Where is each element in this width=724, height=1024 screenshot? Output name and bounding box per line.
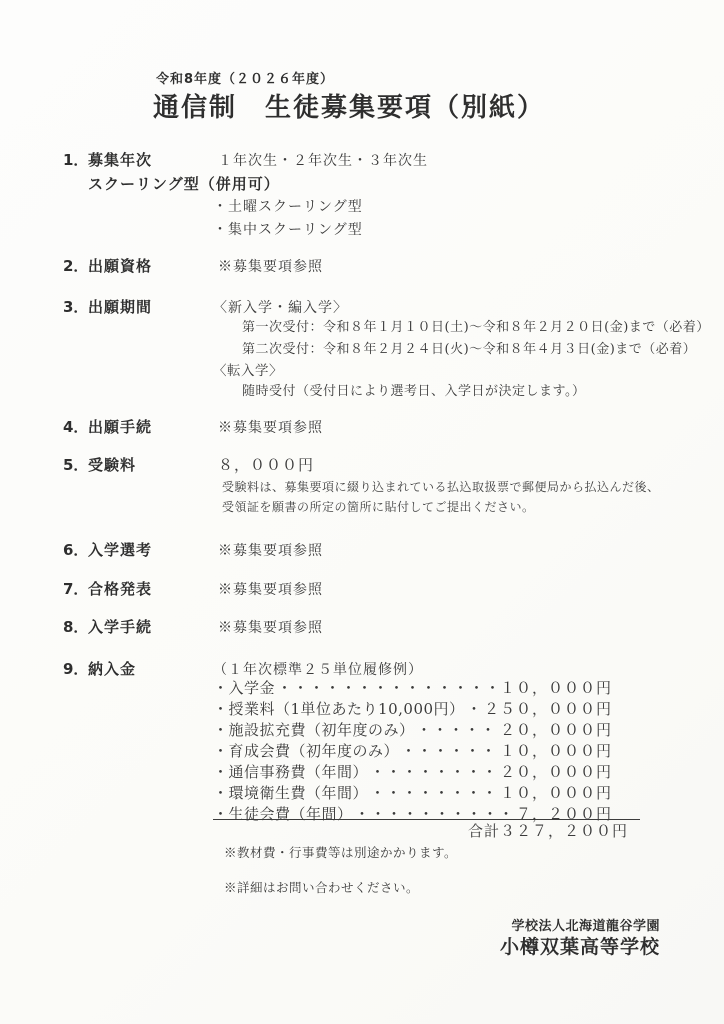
fee-item-amount: １０，０００円 bbox=[500, 784, 612, 803]
section-1-value: １年次生・２年次生・３年次生 bbox=[218, 153, 428, 169]
section-7-row: 7．合格発表※募集要項参照 bbox=[63, 580, 323, 600]
scanned-document-page: 令和8年度（２０２６年度） 通信制 生徒募集要項（別紙） 1．募集年次１年次生・… bbox=[0, 0, 724, 1024]
section-9-row: 9．納入金（１年次標準２５単位履修例） bbox=[63, 660, 423, 680]
fee-item-row: ・授業料（1単位あたり10,000円）・・・・・２５０，０００円 bbox=[213, 700, 612, 721]
section-2-number: 2． bbox=[63, 257, 88, 276]
transfer-period-line: 随時受付（受付日により選考日、入学日が決定します。） bbox=[242, 384, 585, 400]
section-2-row: 2．出願資格※募集要項参照 bbox=[63, 257, 323, 277]
section-9-number: 9． bbox=[63, 660, 88, 679]
fee-item-amount: ２０，０００円 bbox=[500, 721, 612, 740]
school-corporation-name: 学校法人北海道龍谷学園 bbox=[500, 919, 660, 935]
contact-note: ※詳細はお問い合わせください。 bbox=[224, 880, 419, 896]
section-5-number: 5． bbox=[63, 456, 88, 475]
schooling-type-bullet-1: ・土曜スクーリング型 bbox=[213, 199, 363, 217]
fee-item-label: ・通信事務費（年間） bbox=[213, 763, 368, 782]
section-9-label: 納入金 bbox=[88, 660, 213, 679]
section-8-label: 入学手続 bbox=[88, 618, 218, 637]
section-3-label: 出願期間 bbox=[88, 298, 213, 317]
application-group-2: 〈転入学〉 bbox=[213, 363, 283, 380]
section-3-number: 3． bbox=[63, 298, 88, 317]
fee-item-row: ・育成会費（初年度のみ）・・・・・・・・・・１０，０００円 bbox=[213, 742, 612, 763]
fee-item-label: ・生徒会費（年間） bbox=[213, 805, 353, 824]
section-6-value: ※募集要項参照 bbox=[218, 543, 323, 559]
fee-item-row: ・環境衛生費（年間）・・・・・・・・・・・・１０，０００円 bbox=[213, 784, 612, 805]
dot-leader: ・・・・・・・・・ bbox=[415, 721, 500, 740]
schooling-type-subheading: スクーリング型（併用可） bbox=[88, 175, 280, 194]
fee-item-amount: ２５０，０００円 bbox=[484, 700, 612, 719]
fee-item-label: ・施設拡充費（初年度のみ） bbox=[213, 721, 415, 740]
exam-fee-value: ８，０００円 bbox=[218, 456, 314, 474]
exam-fee-note-line-1: 受験料は、募集要項に綴り込まれている払込取扱票で郵便局から払込んだ後、 bbox=[222, 480, 660, 495]
section-5-label: 受験料 bbox=[88, 456, 218, 475]
section-7-value: ※募集要項参照 bbox=[218, 582, 323, 598]
fee-example-heading: （１年次標準２５単位履修例） bbox=[213, 662, 423, 678]
section-4-row: 4．出願手続※募集要項参照 bbox=[63, 418, 323, 438]
fee-item-amount: １０，０００円 bbox=[500, 679, 612, 698]
page-title: 通信制 生徒募集要項（別紙） bbox=[153, 92, 545, 125]
era-line: 令和8年度（２０２６年度） bbox=[156, 72, 334, 88]
schooling-type-bullet-2: ・集中スクーリング型 bbox=[213, 222, 363, 240]
second-period-line: 第二次受付：令和８年２月２４日(火)～令和８年４月３日(金)まで（必着） bbox=[242, 342, 696, 358]
section-8-number: 8． bbox=[63, 618, 88, 637]
section-6-label: 入学選考 bbox=[88, 541, 218, 560]
section-3-row: 3．出願期間〈新入学・編入学〉 bbox=[63, 298, 348, 318]
section-7-label: 合格発表 bbox=[88, 580, 218, 599]
section-7-number: 7． bbox=[63, 580, 88, 599]
dot-leader: ・・・・・・・・・・ bbox=[399, 742, 500, 761]
dot-leader: ・・・・・ bbox=[465, 700, 484, 719]
fee-item-label: ・環境衛生費（年間） bbox=[213, 784, 368, 803]
section-1-number: 1． bbox=[63, 151, 88, 170]
fee-item-label: ・入学金 bbox=[213, 679, 275, 698]
school-signature: 学校法人北海道龍谷学園 小樽双葉高等学校 bbox=[500, 919, 660, 960]
fee-item-amount: ７，２００円 bbox=[516, 805, 612, 824]
section-4-value: ※募集要項参照 bbox=[218, 420, 323, 436]
materials-fee-note: ※教材費・行事費等は別途かかります。 bbox=[224, 845, 457, 861]
dot-leader: ・・・・・・・・・・・・ bbox=[368, 784, 500, 803]
section-6-number: 6． bbox=[63, 541, 88, 560]
school-name: 小樽双葉高等学校 bbox=[500, 936, 660, 960]
section-1-row: 1．募集年次１年次生・２年次生・３年次生 bbox=[63, 151, 428, 171]
application-group-1: 〈新入学・編入学〉 bbox=[213, 300, 348, 316]
fee-item-label: ・授業料（1単位あたり10,000円） bbox=[213, 700, 465, 719]
section-4-label: 出願手続 bbox=[88, 418, 218, 437]
fee-item-amount: ２０，０００円 bbox=[500, 763, 612, 782]
dot-leader: ・・・・・・・・・・・・ bbox=[368, 763, 500, 782]
section-6-row: 6．入学選考※募集要項参照 bbox=[63, 541, 323, 561]
fee-item-amount: １０，０００円 bbox=[500, 742, 612, 761]
fee-item-row: ・入学金・・・・・・・・・・・・・・・・・１０，０００円 bbox=[213, 679, 612, 700]
section-1-label: 募集年次 bbox=[88, 151, 218, 170]
fee-total: 合計３２７，２００円 bbox=[213, 822, 628, 841]
section-2-label: 出願資格 bbox=[88, 257, 218, 276]
section-8-row: 8．入学手続※募集要項参照 bbox=[63, 618, 323, 638]
section-4-number: 4． bbox=[63, 418, 88, 437]
dot-leader: ・・・・・・・・・・・・・ bbox=[353, 805, 516, 824]
section-8-value: ※募集要項参照 bbox=[218, 620, 323, 636]
dot-leader: ・・・・・・・・・・・・・・・・・ bbox=[275, 679, 500, 698]
fee-item-row: ・通信事務費（年間）・・・・・・・・・・・・２０，０００円 bbox=[213, 763, 612, 784]
section-5-row: 5．受験料８，０００円 bbox=[63, 456, 314, 476]
exam-fee-note-line-2: 受領証を願書の所定の箇所に貼付してご提出ください。 bbox=[222, 500, 535, 515]
section-2-value: ※募集要項参照 bbox=[218, 259, 323, 275]
fee-item-label: ・育成会費（初年度のみ） bbox=[213, 742, 399, 761]
first-period-line: 第一次受付：令和８年１月１０日(土)～令和８年２月２０日(金)まで（必着） bbox=[242, 320, 710, 336]
total-separator-line bbox=[213, 819, 640, 820]
fee-item-row: ・施設拡充費（初年度のみ）・・・・・・・・・２０，０００円 bbox=[213, 721, 612, 742]
